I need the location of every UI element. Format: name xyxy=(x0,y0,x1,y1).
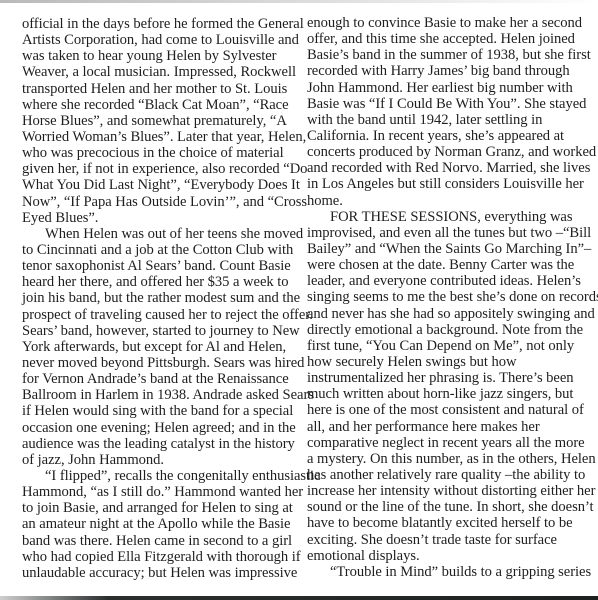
text-line: an amateur night at the Apollo while the… xyxy=(22,516,294,532)
text-line: for Vernon Andrade’s band at the Renaiss… xyxy=(22,371,294,387)
text-line: Bailey” and “When the Saints Go Marching… xyxy=(307,241,583,257)
text-line: Basie was “If I Could Be With You”. She … xyxy=(307,96,583,112)
text-line: comparative neglect in recent years all … xyxy=(307,435,583,451)
text-line: official in the days before he formed th… xyxy=(22,16,294,32)
text-line: sound or the line of the tune. In short,… xyxy=(307,499,583,515)
text-line: were chosen at the date. Benny Carter wa… xyxy=(307,257,583,273)
text-line: all, and her performance here makes her xyxy=(307,419,583,435)
text-line: where she recorded “Black Cat Moan”, “Ra… xyxy=(22,97,294,113)
text-line: has another relatively rare quality –the… xyxy=(307,467,583,483)
scan-bottom-edge xyxy=(0,596,598,600)
text-line: Weaver, a local musician. Impressed, Roc… xyxy=(22,64,294,80)
text-line: When Helen was out of her teens she move… xyxy=(22,226,294,242)
text-line: given her, if not in experience, also re… xyxy=(22,161,294,177)
text-line: much written about horn-like jazz singer… xyxy=(307,386,583,402)
text-line: with the band until 1942, later settling… xyxy=(307,112,583,128)
right-text-column: enough to convince Basie to make her a s… xyxy=(307,15,583,580)
text-line: tenor saxophonist Al Sears’ band. Count … xyxy=(22,258,294,274)
text-line: here is one of the most consistent and n… xyxy=(307,402,583,418)
text-line: prospect of traveling caused her to reje… xyxy=(22,307,294,323)
text-line: singing seems to me the best she’s done … xyxy=(307,289,583,305)
text-line: who had copied Ella Fitzgerald with thor… xyxy=(22,549,294,565)
text-line: Worried Woman’s Blues”. Later that year,… xyxy=(22,129,294,145)
text-line: Basie’s band in the summer of 1938, but … xyxy=(307,47,583,63)
text-line: improvised, and even all the tunes but t… xyxy=(307,225,583,241)
text-line: home. xyxy=(307,193,583,209)
text-line: Now”, “If Papa Has Outside Lovin’”, and … xyxy=(22,194,294,210)
text-line: a mystery. On this number, as in the oth… xyxy=(307,451,583,467)
text-line: who was precocious in the choice of mate… xyxy=(22,145,294,161)
text-line: never moved beyond Pittsburgh. Sears was… xyxy=(22,355,294,371)
text-line: exciting. She doesn’t trade taste for su… xyxy=(307,532,583,548)
text-line: Artists Corporation, had come to Louisvi… xyxy=(22,32,294,48)
text-line: emotional displays. xyxy=(307,548,583,564)
text-line: “I flipped”, recalls the congenitally en… xyxy=(22,468,294,484)
text-line: FOR THESE SESSIONS, everything was xyxy=(307,209,583,225)
text-line: “Trouble in Mind” builds to a gripping s… xyxy=(307,564,583,580)
text-line: occasion one evening; Helen agreed; and … xyxy=(22,420,294,436)
text-line: Ballroom in Harlem in 1938. Andrade aske… xyxy=(22,387,294,403)
text-line: directly emotional a background. Note fr… xyxy=(307,322,583,338)
text-line: transported Helen and her mother to St. … xyxy=(22,81,294,97)
text-line: unlaudable accuracy; but Helen was impre… xyxy=(22,565,294,581)
text-line: have to become blatantly excited herself… xyxy=(307,515,583,531)
text-line: and recorded with Red Norvo. Married, sh… xyxy=(307,160,583,176)
left-text-column: official in the days before he formed th… xyxy=(22,16,294,581)
text-line: of jazz, John Hammond. xyxy=(22,452,294,468)
scan-top-edge xyxy=(0,0,598,3)
text-line: Eyed Blues”. xyxy=(22,210,294,226)
text-line: to join Basie, and arranged for Helen to… xyxy=(22,500,294,516)
text-line: What You Did Last Night”, “Everybody Doe… xyxy=(22,177,294,193)
text-line: Hammond, “as I still do.” Hammond wanted… xyxy=(22,484,294,500)
text-line: increase her intensity without distortin… xyxy=(307,483,583,499)
text-line: John Hammond. Her earliest big number wi… xyxy=(307,80,583,96)
text-line: to Cincinnati and a job at the Cotton Cl… xyxy=(22,242,294,258)
text-line: instrumentalized her phrasing is. There’… xyxy=(307,370,583,386)
text-line: join his band, but the rather modest sum… xyxy=(22,290,294,306)
text-line: and never has she had so appositely swin… xyxy=(307,306,583,322)
text-line: if Helen would sing with the band for a … xyxy=(22,403,294,419)
text-line: audience was the leading catalyst in the… xyxy=(22,436,294,452)
text-line: leader, and everyone contributed ideas. … xyxy=(307,273,583,289)
text-line: band was there. Helen came in second to … xyxy=(22,533,294,549)
text-line: first tune, “You Can Depend on Me”, not … xyxy=(307,338,583,354)
text-line: California. In recent years, she’s appea… xyxy=(307,128,583,144)
text-line: heard her there, and offered her $35 a w… xyxy=(22,274,294,290)
text-line: recorded with Harry James’ big band thro… xyxy=(307,63,583,79)
text-line: concerts produced by Norman Granz, and w… xyxy=(307,144,583,160)
text-line: in Los Angeles but still considers Louis… xyxy=(307,176,583,192)
text-line: York afterwards, but except for Al and H… xyxy=(22,339,294,355)
text-line: was taken to hear young Helen by Sylvest… xyxy=(22,48,294,64)
text-line: how securely Helen swings but how xyxy=(307,354,583,370)
text-line: offer, and this time she accepted. Helen… xyxy=(307,31,583,47)
text-line: Sears’ band, however, started to journey… xyxy=(22,323,294,339)
text-line: Horse Blues”, and somewhat prematurely, … xyxy=(22,113,294,129)
text-line: enough to convince Basie to make her a s… xyxy=(307,15,583,31)
